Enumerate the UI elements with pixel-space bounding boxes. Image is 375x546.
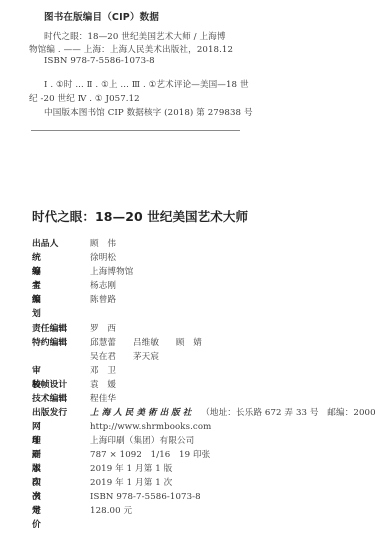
credit-value: 2019 年 1 月第 1 次	[90, 476, 172, 490]
credit-label: 特约编辑	[32, 336, 82, 350]
credit-value: 顾 伟	[90, 237, 116, 251]
credit-label: 策划	[32, 293, 82, 321]
publisher-logo-text: 上海人民美術出版社	[90, 408, 194, 418]
credit-value: 787 × 1092 1/16 19 印张	[90, 448, 210, 462]
credit-value: 罗 西	[90, 322, 116, 336]
divider	[31, 130, 240, 131]
credit-value: 陈曾路	[90, 293, 116, 307]
editor-name: 茅天宸	[133, 352, 159, 362]
cip-line-classification-cont: 纪 -20 世纪 Ⅳ . ① J057.12	[29, 92, 140, 104]
editor-name: 顾 婧	[176, 338, 202, 348]
credit-label: 定价	[32, 504, 82, 532]
cip-line-isbn: ISBN 978-7-5586-1073-8	[44, 56, 155, 66]
credit-value: 杨志刚	[90, 279, 116, 293]
credit-value: 徐明松	[90, 251, 116, 265]
credit-value: 邓 卫	[90, 364, 116, 378]
credit-value: 上海印刷（集团）有限公司	[90, 434, 194, 448]
editor-name: 邱慧蕾	[90, 338, 116, 348]
credit-value: 上海博物馆	[90, 265, 133, 279]
credit-label: 技术编辑	[32, 392, 82, 406]
credit-value: 袁 媛	[90, 378, 116, 392]
credit-value: 程佳华	[90, 392, 116, 406]
publisher-address: （地址：长乐路 672 弄 33 号 邮编：200040）	[201, 408, 375, 418]
cip-line-record-number: 中国版本图书馆 CIP 数据核字 (2018) 第 279838 号	[44, 106, 253, 118]
credit-label: 责任编辑	[32, 322, 82, 336]
credit-value: 128.00 元	[90, 504, 132, 518]
credit-value: 上海人民美術出版社 （地址：长乐路 672 弄 33 号 邮编：200040）	[90, 406, 375, 420]
credit-value: ISBN 978-7-5586-1073-8	[90, 490, 201, 504]
cip-line-1: 时代之眼：18—20 世纪美国艺术大师 / 上海博	[44, 30, 226, 42]
cip-heading: 图书在版编目（CIP）数据	[44, 9, 159, 23]
editor-name: 吕维敏	[133, 338, 159, 348]
book-title: 时代之眼：18—20 世纪美国艺术大师	[32, 207, 248, 225]
website-link[interactable]: http://www.shrmbooks.com	[90, 420, 211, 434]
credit-label: 装帧设计	[32, 378, 82, 392]
credit-label: 出版发行	[32, 406, 82, 420]
credit-value-list: 吴在君 茅天宸	[90, 350, 159, 364]
cip-line-classification: Ⅰ . ①时 ... Ⅱ . ①上 ... Ⅲ . ①艺术评论—美国—18 世	[44, 78, 249, 90]
editor-name: 吴在君	[90, 352, 116, 362]
credit-label: 出品人	[32, 237, 68, 251]
credit-value: 2019 年 1 月第 1 版	[90, 462, 172, 476]
credit-value-list: 邱慧蕾 吕维敏 顾 婧	[90, 336, 202, 350]
cip-line-2: 物馆编 . —— 上海：上海人民美术出版社，2018.12	[29, 43, 233, 55]
